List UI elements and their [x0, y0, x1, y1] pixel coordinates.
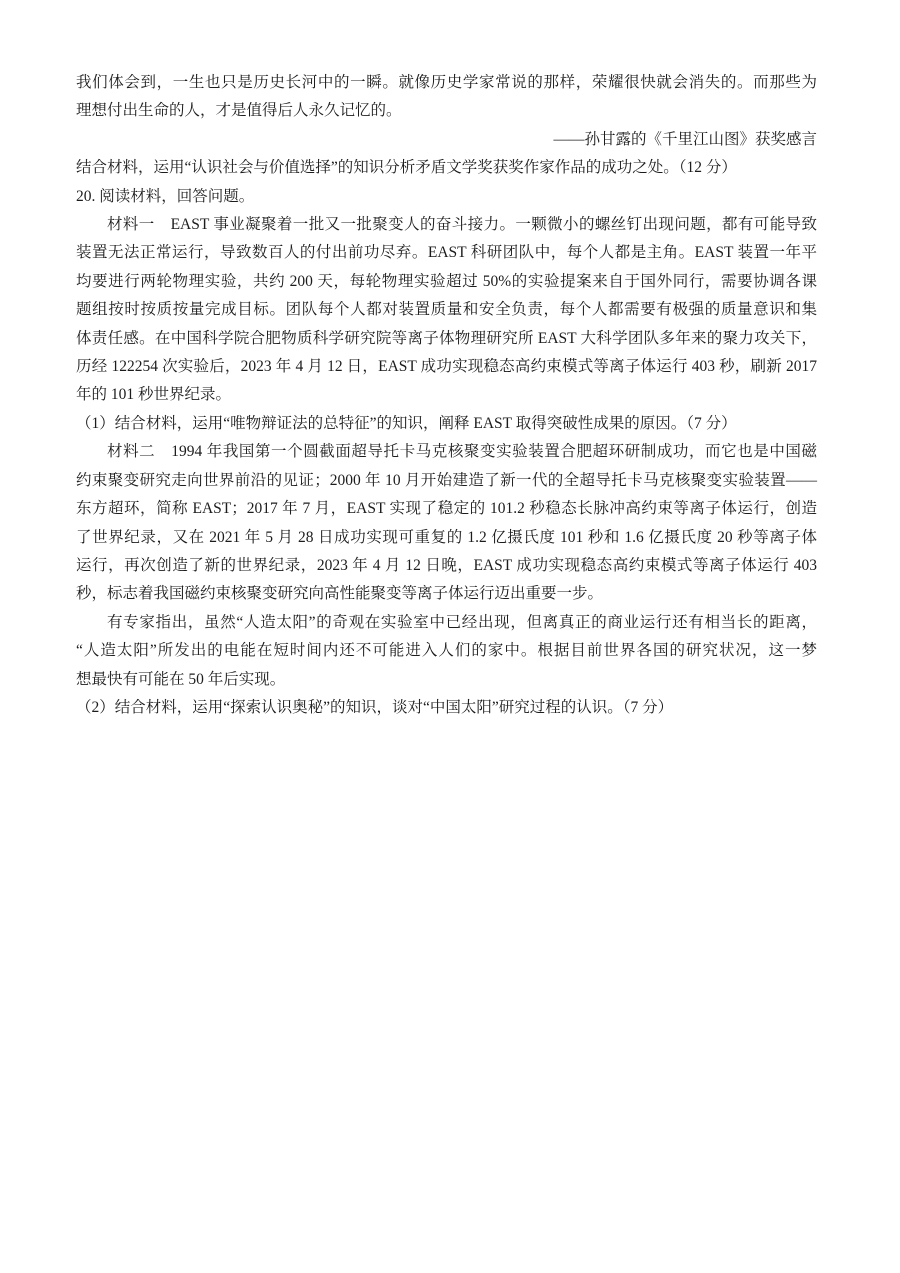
text-line: 体责任感。在中国科学院合肥物质科学研究院等离子体物理研究所 EAST 大科学团队…	[76, 325, 817, 353]
question-line: （1）结合材料，运用“唯物辩证法的总特征”的知识，阐释 EAST 取得突破性成果…	[76, 410, 817, 438]
material-2-expert-paragraph: 有专家指出，虽然“人造太阳”的奇观在实验室中已经出现，但离真正的商业运行还有相当…	[76, 609, 817, 694]
exam-page: 我们体会到，一生也只是历史长河中的一瞬。就像历史学家常说的那样，荣耀很快就会消失…	[0, 0, 900, 1273]
material-1-paragraph: 材料一 EAST 事业凝聚着一批又一批聚变人的奋斗接力。一颗微小的螺丝钉出现问题…	[76, 211, 817, 410]
attribution-line: ——孙甘露的《千里江山图》获奖感言	[76, 126, 817, 154]
opening-paragraph: 我们体会到，一生也只是历史长河中的一瞬。就像历史学家常说的那样，荣耀很快就会消失…	[76, 69, 817, 126]
question-line: 结合材料，运用“认识社会与价值选择”的知识分析矛盾文学奖获奖作家作品的成功之处。…	[76, 154, 817, 182]
question-line: （2）结合材料，运用“探索认识奥秘”的知识，谈对“中国太阳”研究过程的认识。（7…	[76, 694, 817, 722]
text-line: 年的 101 秒世界纪录。	[76, 381, 817, 409]
question-19-prompt: 结合材料，运用“认识社会与价值选择”的知识分析矛盾文学奖获奖作家作品的成功之处。…	[76, 154, 817, 182]
material-2-paragraph: 材料二 1994 年我国第一个圆截面超导托卡马克核聚变实验装置合肥超环研制成功，…	[76, 438, 817, 608]
text-line: 了世界纪录，又在 2021 年 5 月 28 日成功实现可重复的 1.2 亿摄氏…	[76, 524, 817, 552]
text-line: 题组按时按质按量完成目标。团队每个人都对装置质量和安全负责，每个人都需要有极强的…	[76, 296, 817, 324]
text-line: 运行，再次创造了新的世界纪录，2023 年 4 月 12 日晚，EAST 成功实…	[76, 552, 817, 580]
text-line: 历经 122254 次实验后，2023 年 4 月 12 日，EAST 成功实现…	[76, 353, 817, 381]
text-line: 材料一 EAST 事业凝聚着一批又一批聚变人的奋斗接力。一颗微小的螺丝钉出现问题…	[76, 211, 817, 239]
text-line: “人造太阳”所发出的电能在短时间内还不可能进入人们的家中。根据目前世界各国的研究…	[76, 637, 817, 665]
text-line: 材料二 1994 年我国第一个圆截面超导托卡马克核聚变实验装置合肥超环研制成功，…	[76, 438, 817, 466]
text-line: 约束聚变研究走向世界前沿的见证；2000 年 10 月开始建造了新一代的全超导托…	[76, 467, 817, 495]
text-line: 我们体会到，一生也只是历史长河中的一瞬。就像历史学家常说的那样，荣耀很快就会消失…	[76, 69, 817, 97]
text-line: 理想付出生命的人，才是值得后人永久记忆的。	[76, 97, 817, 125]
text-line: 想最快有可能在 50 年后实现。	[76, 666, 817, 694]
text-line: 均要进行两轮物理实验，共约 200 天，每轮物理实验超过 50%的实验提案来自于…	[76, 268, 817, 296]
exam-text-block: 我们体会到，一生也只是历史长河中的一瞬。就像历史学家常说的那样，荣耀很快就会消失…	[76, 69, 817, 722]
question-20-title: 20. 阅读材料，回答问题。	[76, 183, 817, 211]
question-number-line: 20. 阅读材料，回答问题。	[76, 183, 817, 211]
question-20-part1-prompt: （1）结合材料，运用“唯物辩证法的总特征”的知识，阐释 EAST 取得突破性成果…	[76, 410, 817, 438]
text-line: 有专家指出，虽然“人造太阳”的奇观在实验室中已经出现，但离真正的商业运行还有相当…	[76, 609, 817, 637]
text-line: 秒，标志着我国磁约束核聚变研究向高性能聚变等离子体运行迈出重要一步。	[76, 580, 817, 608]
question-20-part2-prompt: （2）结合材料，运用“探索认识奥秘”的知识，谈对“中国太阳”研究过程的认识。（7…	[76, 694, 817, 722]
text-line: 东方超环，简称 EAST；2017 年 7 月，EAST 实现了稳定的 101.…	[76, 495, 817, 523]
text-line: 装置无法正常运行，导致数百人的付出前功尽弃。EAST 科研团队中，每个人都是主角…	[76, 239, 817, 267]
award-attribution: ——孙甘露的《千里江山图》获奖感言	[76, 126, 817, 154]
